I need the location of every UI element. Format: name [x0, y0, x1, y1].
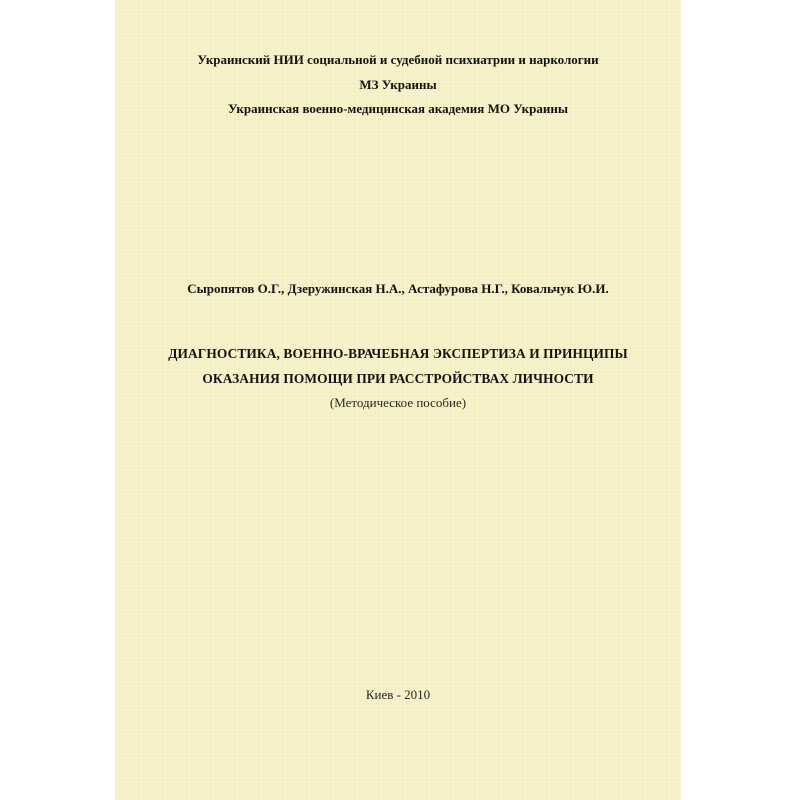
- city-year: Киев - 2010: [115, 687, 681, 703]
- title-line-2: ОКАЗАНИЯ ПОМОЩИ ПРИ РАССТРОЙСТВАХ ЛИЧНОС…: [115, 371, 681, 387]
- subtitle: (Методическое пособие): [115, 395, 681, 411]
- institution-line-2: МЗ Украины: [115, 77, 681, 93]
- institution-line-3: Украинская военно-медицинская академия М…: [115, 101, 681, 117]
- authors: Сыропятов О.Г., Дзеружинская Н.А., Астаф…: [115, 281, 681, 297]
- institution-line-1: Украинский НИИ социальной и судебной пси…: [115, 52, 681, 68]
- title-line-1: ДИАГНОСТИКА, ВОЕННО-ВРАЧЕБНАЯ ЭКСПЕРТИЗА…: [115, 346, 681, 362]
- title-page: Украинский НИИ социальной и судебной пси…: [115, 0, 681, 800]
